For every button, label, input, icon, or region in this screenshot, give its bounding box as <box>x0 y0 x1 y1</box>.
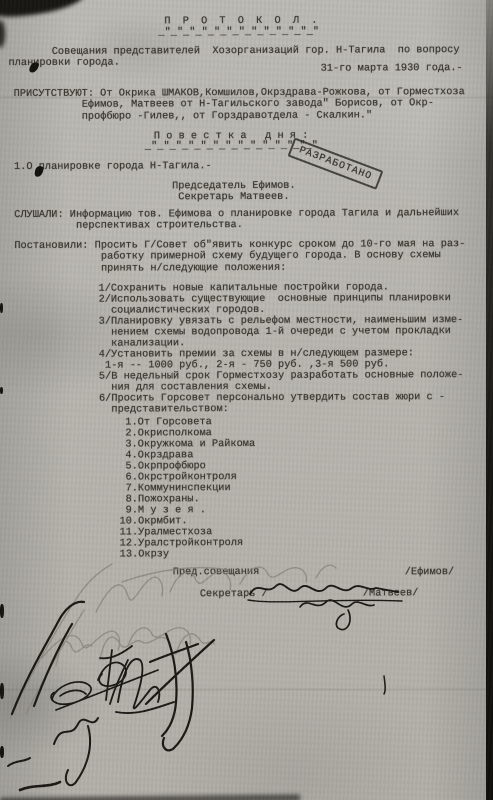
agenda-item-1: 1.О планировке города Н-Тагила.- <box>14 161 212 173</box>
jury-list: 1.От Горсовета 2.Окрисполкома 3.Окружком… <box>119 417 256 561</box>
heard-paragraph: СЛУШАЛИ: Информацию тов. Ефимова о плани… <box>14 208 459 233</box>
razrabotano-stamp: РАЗРАБОТАНО <box>288 137 384 189</box>
scanned-protocol-document: П Р О Т О К О Л . _"_"_"_"_"_"_"_"_"_"_"… <box>0 0 493 800</box>
typewritten-text-layer: П Р О Т О К О Л . _"_"_"_"_"_"_"_"_"_"_"… <box>0 0 493 800</box>
signature-chairman-name: /Ефимов/ <box>405 567 454 579</box>
attendees-paragraph: ПРИСУТСТВУЮТ: От Окрика ШМАКОВ,Комшилов,… <box>14 87 465 123</box>
officers-block: Председатель Ефимов. Секретарь Матвеев. <box>172 181 296 204</box>
signature-secretary-name: /Матвеев/ <box>363 588 419 600</box>
date-line: 31-го марта 1930 года.- <box>321 63 463 75</box>
resolved-paragraph: Постановили: Просить Г/Совет об"явить ко… <box>14 239 465 275</box>
signature-chairman-label: Пред.совещания <box>173 567 260 579</box>
provisions-list: 1/Сохранить новые капитальные постройки … <box>98 282 463 416</box>
signature-secretary-label: Секретарь / <box>200 589 268 601</box>
title-underline: _"_"_"_"_"_"_"_"_"_"_"_"_" <box>158 27 319 39</box>
